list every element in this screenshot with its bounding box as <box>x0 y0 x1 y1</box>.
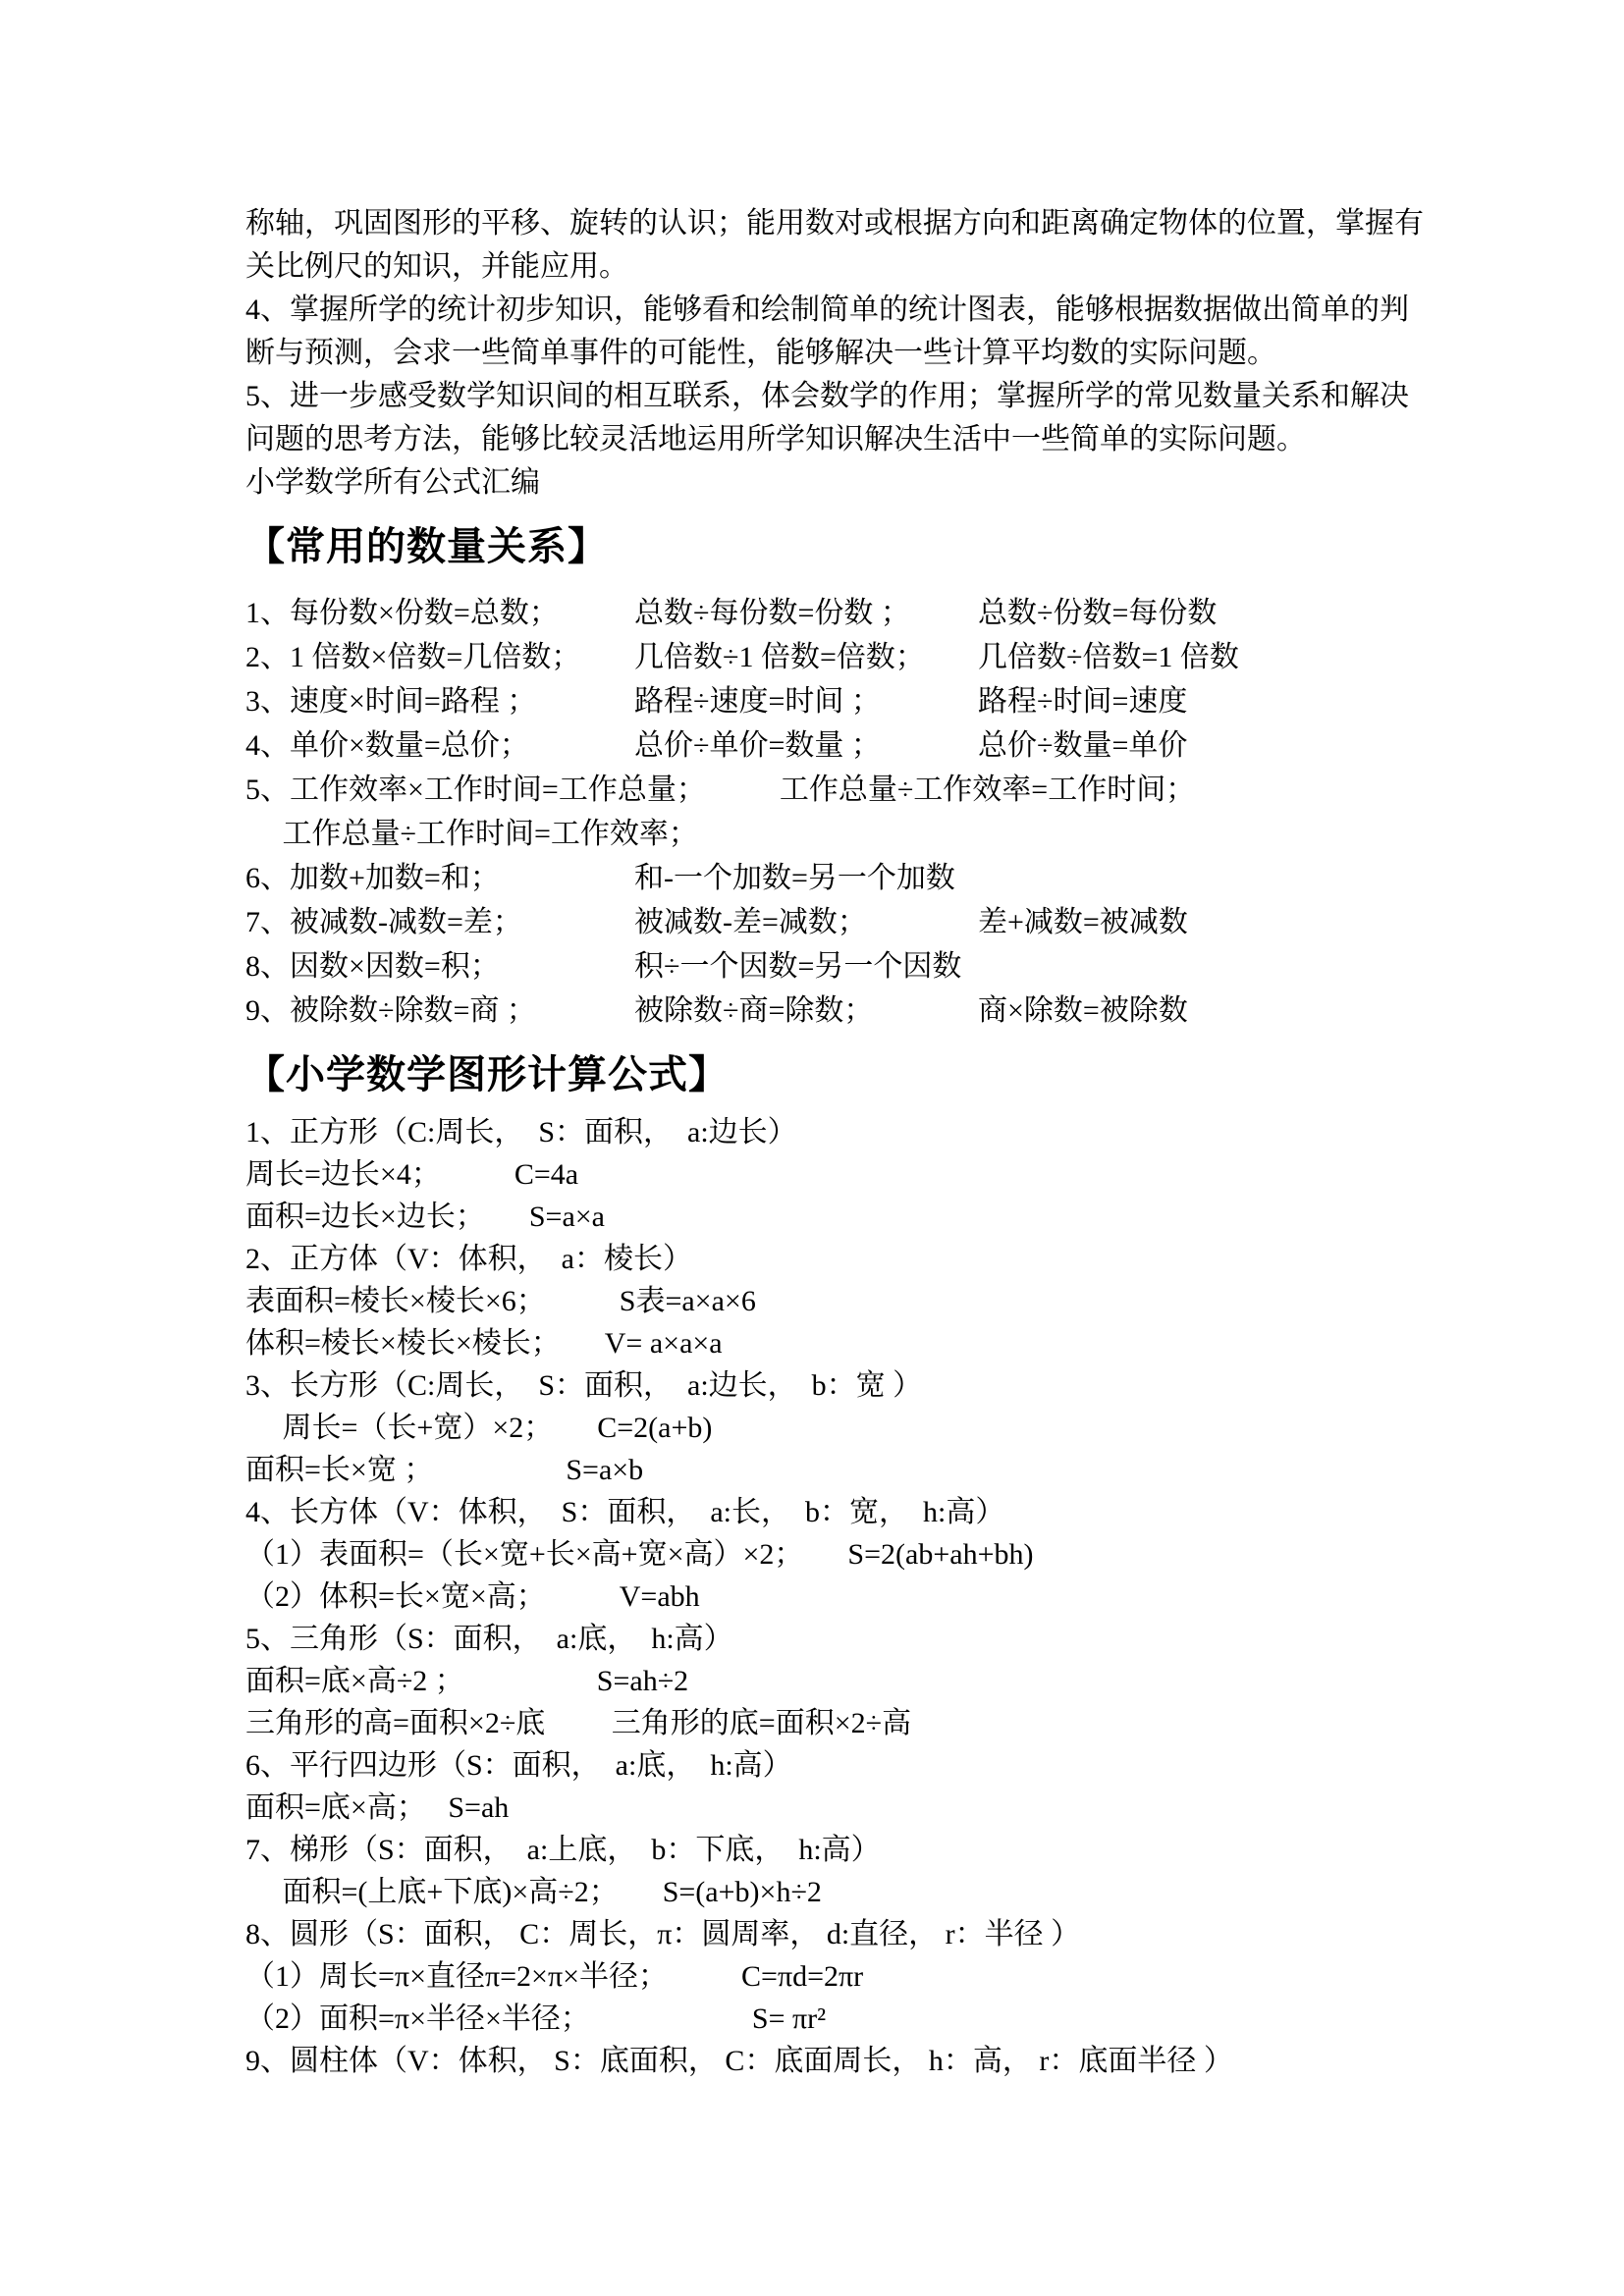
text-segment: 周长=（长+宽）×2； C=2(a+b) <box>245 1407 712 1449</box>
text-segment: 9、圆柱体（V：体积， S：底面积， C：底面周长， h：高， r：底面半径 ） <box>245 2040 1233 2082</box>
text-line: 3、长方形（C:周长， S：面积， a:边长， b：宽 ） <box>245 1364 1477 1407</box>
text-segment: 被除数÷商=除数； <box>634 988 978 1033</box>
text-segment: 1、每份数×份数=总数； <box>245 591 634 635</box>
text-line: 面积=底×高÷2 ； S=ah÷2 <box>245 1660 1477 1702</box>
text-segment: 商×除数=被除数 <box>978 988 1188 1033</box>
text-line: 2、1 倍数×倍数=几倍数；几倍数÷1 倍数=倍数；几倍数÷倍数=1 倍数 <box>245 635 1477 679</box>
text-segment: （1）周长=π×直径π=2×π×半径； C=πd=2πr <box>245 1955 863 1998</box>
text-line: 4、掌握所学的统计初步知识，能够看和绘制简单的统计图表，能够根据数据做出简单的判 <box>245 289 1477 332</box>
text-segment: 面积=(上底+下底)×高÷2； S=(a+b)×h÷2 <box>245 1871 822 1913</box>
text-line: （2）体积=长×宽×高； V=abh <box>245 1575 1477 1618</box>
text-segment: （2）面积=π×半径×半径； S= πr² <box>245 1998 826 2040</box>
text-line: 5、进一步感受数学知识间的相互联系，体会数学的作用；掌握所学的常见数量关系和解决 <box>245 375 1477 418</box>
text-line: 8、因数×因数=积；积÷一个因数=另一个因数 <box>245 944 1477 988</box>
text-segment: 6、加数+加数=和； <box>245 856 634 900</box>
text-segment: 几倍数÷1 倍数=倍数； <box>634 635 978 679</box>
text-line: （1）周长=π×直径π=2×π×半径； C=πd=2πr <box>245 1955 1477 1998</box>
text-line: 5、工作效率×工作时间=工作总量； 工作总量÷工作效率=工作时间； <box>245 768 1477 812</box>
text-line: 关比例尺的知识，并能应用。 <box>245 245 1477 289</box>
text-line: 4、单价×数量=总价；总价÷单价=数量 ；总价÷数量=单价 <box>245 723 1477 768</box>
text-line: 9、被除数÷除数=商 ；被除数÷商=除数；商×除数=被除数 <box>245 988 1477 1033</box>
section-geometry-rows: 1、正方形（C:周长， S：面积， a:边长）周长=边长×4； C=4a面积=边… <box>245 1111 1477 2082</box>
text-segment: 2、1 倍数×倍数=几倍数； <box>245 635 634 679</box>
text-segment: 5、三角形（S：面积， a:底， h:高） <box>245 1618 733 1660</box>
text-segment: 8、因数×因数=积； <box>245 944 634 988</box>
text-segment: 三角形的高=面积×2÷底 三角形的底=面积×2÷高 <box>245 1702 911 1744</box>
text-line: 3、速度×时间=路程 ；路程÷速度=时间 ；路程÷时间=速度 <box>245 679 1477 723</box>
text-segment: 路程÷速度=时间 ； <box>634 679 978 723</box>
text-segment: 周长=边长×4； C=4a <box>245 1153 578 1196</box>
text-segment: 总数÷每份数=份数 ； <box>634 591 978 635</box>
text-segment: 总价÷数量=单价 <box>978 723 1187 768</box>
text-segment: 5、工作效率×工作时间=工作总量； <box>245 768 780 812</box>
text-segment: 工作总量÷工作时间=工作效率； <box>245 812 698 856</box>
section-geometry-title: 【小学数学图形计算公式】 <box>245 1046 1477 1103</box>
text-segment: 小学数学所有公式汇编 <box>245 461 540 505</box>
text-segment: 3、速度×时间=路程 ； <box>245 679 634 723</box>
text-line: 7、梯形（S：面积， a:上底， b：下底， h:高） <box>245 1829 1477 1871</box>
text-segment: 面积=底×高÷2 ； S=ah÷2 <box>245 1660 688 1702</box>
text-line: 面积=(上底+下底)×高÷2； S=(a+b)×h÷2 <box>245 1871 1477 1913</box>
text-segment: 7、被减数-减数=差； <box>245 900 634 944</box>
text-segment: 几倍数÷倍数=1 倍数 <box>978 635 1239 679</box>
text-segment: 4、长方体（V：体积， S：面积， a:长， b：宽， h:高） <box>245 1491 1004 1533</box>
text-segment: 4、掌握所学的统计初步知识，能够看和绘制简单的统计图表，能够根据数据做出简单的判 <box>245 289 1409 332</box>
text-segment: 8、圆形（S：面积， C：周长，π：圆周率， d:直径， r：半径 ） <box>245 1913 1080 1955</box>
text-segment: 9、被除数÷除数=商 ； <box>245 988 634 1033</box>
text-segment: 体积=棱长×棱长×棱长； V= a×a×a <box>245 1322 723 1364</box>
text-line: 9、圆柱体（V：体积， S：底面积， C：底面周长， h：高， r：底面半径 ） <box>245 2040 1477 2082</box>
text-line: 三角形的高=面积×2÷底 三角形的底=面积×2÷高 <box>245 1702 1477 1744</box>
text-line: 8、圆形（S：面积， C：周长，π：圆周率， d:直径， r：半径 ） <box>245 1913 1477 1955</box>
text-segment: 路程÷时间=速度 <box>978 679 1187 723</box>
text-line: 问题的思考方法，能够比较灵活地运用所学知识解决生活中一些简单的实际问题。 <box>245 418 1477 461</box>
text-line: 2、正方体（V：体积， a：棱长） <box>245 1238 1477 1280</box>
text-line: 1、正方形（C:周长， S：面积， a:边长） <box>245 1111 1477 1153</box>
text-segment: 工作总量÷工作效率=工作时间； <box>780 768 1195 812</box>
text-line: 面积=边长×边长； S=a×a <box>245 1196 1477 1238</box>
text-line: 周长=边长×4； C=4a <box>245 1153 1477 1196</box>
text-segment: 面积=长×宽 ； S=a×b <box>245 1449 643 1491</box>
intro-paragraphs: 称轴，巩固图形的平移、旋转的认识；能用数对或根据方向和距离确定物体的位置，掌握有… <box>245 202 1477 505</box>
text-segment: 积÷一个因数=另一个因数 <box>634 944 978 988</box>
text-line: 4、长方体（V：体积， S：面积， a:长， b：宽， h:高） <box>245 1491 1477 1533</box>
text-line: 面积=底×高； S=ah <box>245 1787 1477 1829</box>
text-segment: 2、正方体（V：体积， a：棱长） <box>245 1238 692 1280</box>
text-line: 周长=（长+宽）×2； C=2(a+b) <box>245 1407 1477 1449</box>
text-segment: 5、进一步感受数学知识间的相互联系，体会数学的作用；掌握所学的常见数量关系和解决 <box>245 375 1409 418</box>
text-segment: 7、梯形（S：面积， a:上底， b：下底， h:高） <box>245 1829 881 1871</box>
text-line: 工作总量÷工作时间=工作效率； <box>245 812 1477 856</box>
text-segment: 面积=底×高； S=ah <box>245 1787 509 1829</box>
text-segment: （1）表面积=（长×宽+长×高+宽×高）×2； S=2(ab+ah+bh) <box>245 1533 1034 1575</box>
text-segment: 差+减数=被减数 <box>978 900 1188 944</box>
text-segment: 称轴，巩固图形的平移、旋转的认识；能用数对或根据方向和距离确定物体的位置，掌握有 <box>245 202 1424 245</box>
text-segment: 4、单价×数量=总价； <box>245 723 634 768</box>
text-line: （2）面积=π×半径×半径； S= πr² <box>245 1998 1477 2040</box>
text-segment: 1、正方形（C:周长， S：面积， a:边长） <box>245 1111 797 1153</box>
text-segment: 6、平行四边形（S：面积， a:底， h:高） <box>245 1744 792 1787</box>
text-segment: （2）体积=长×宽×高； V=abh <box>245 1575 700 1618</box>
text-line: 体积=棱长×棱长×棱长； V= a×a×a <box>245 1322 1477 1364</box>
text-segment: 面积=边长×边长； S=a×a <box>245 1196 605 1238</box>
text-segment: 和-一个加数=另一个加数 <box>634 856 978 900</box>
text-segment: 关比例尺的知识，并能应用。 <box>245 245 628 289</box>
text-segment: 3、长方形（C:周长， S：面积， a:边长， b：宽 ） <box>245 1364 922 1407</box>
text-line: 7、被减数-减数=差；被减数-差=减数；差+减数=被减数 <box>245 900 1477 944</box>
text-line: 称轴，巩固图形的平移、旋转的认识；能用数对或根据方向和距离确定物体的位置，掌握有 <box>245 202 1477 245</box>
text-segment: 断与预测，会求一些简单事件的可能性，能够解决一些计算平均数的实际问题。 <box>245 332 1276 375</box>
text-line: （1）表面积=（长×宽+长×高+宽×高）×2； S=2(ab+ah+bh) <box>245 1533 1477 1575</box>
text-line: 断与预测，会求一些简单事件的可能性，能够解决一些计算平均数的实际问题。 <box>245 332 1477 375</box>
text-line: 5、三角形（S：面积， a:底， h:高） <box>245 1618 1477 1660</box>
text-segment: 表面积=棱长×棱长×6； S表=a×a×6 <box>245 1280 756 1322</box>
text-segment: 问题的思考方法，能够比较灵活地运用所学知识解决生活中一些简单的实际问题。 <box>245 418 1306 461</box>
text-segment: 被减数-差=减数； <box>634 900 978 944</box>
text-line: 1、每份数×份数=总数；总数÷每份数=份数 ；总数÷份数=每份数 <box>245 591 1477 635</box>
text-segment: 总数÷份数=每份数 <box>978 591 1217 635</box>
section-quantity-rows: 1、每份数×份数=总数；总数÷每份数=份数 ；总数÷份数=每份数2、1 倍数×倍… <box>245 591 1477 1033</box>
text-line: 表面积=棱长×棱长×6； S表=a×a×6 <box>245 1280 1477 1322</box>
text-line: 6、平行四边形（S：面积， a:底， h:高） <box>245 1744 1477 1787</box>
text-line: 面积=长×宽 ； S=a×b <box>245 1449 1477 1491</box>
text-segment: 总价÷单价=数量 ； <box>634 723 978 768</box>
section-quantity-title: 【常用的数量关系】 <box>245 518 1477 575</box>
document-page: 称轴，巩固图形的平移、旋转的认识；能用数对或根据方向和距离确定物体的位置，掌握有… <box>0 0 1624 2296</box>
text-line: 小学数学所有公式汇编 <box>245 461 1477 505</box>
text-line: 6、加数+加数=和；和-一个加数=另一个加数 <box>245 856 1477 900</box>
